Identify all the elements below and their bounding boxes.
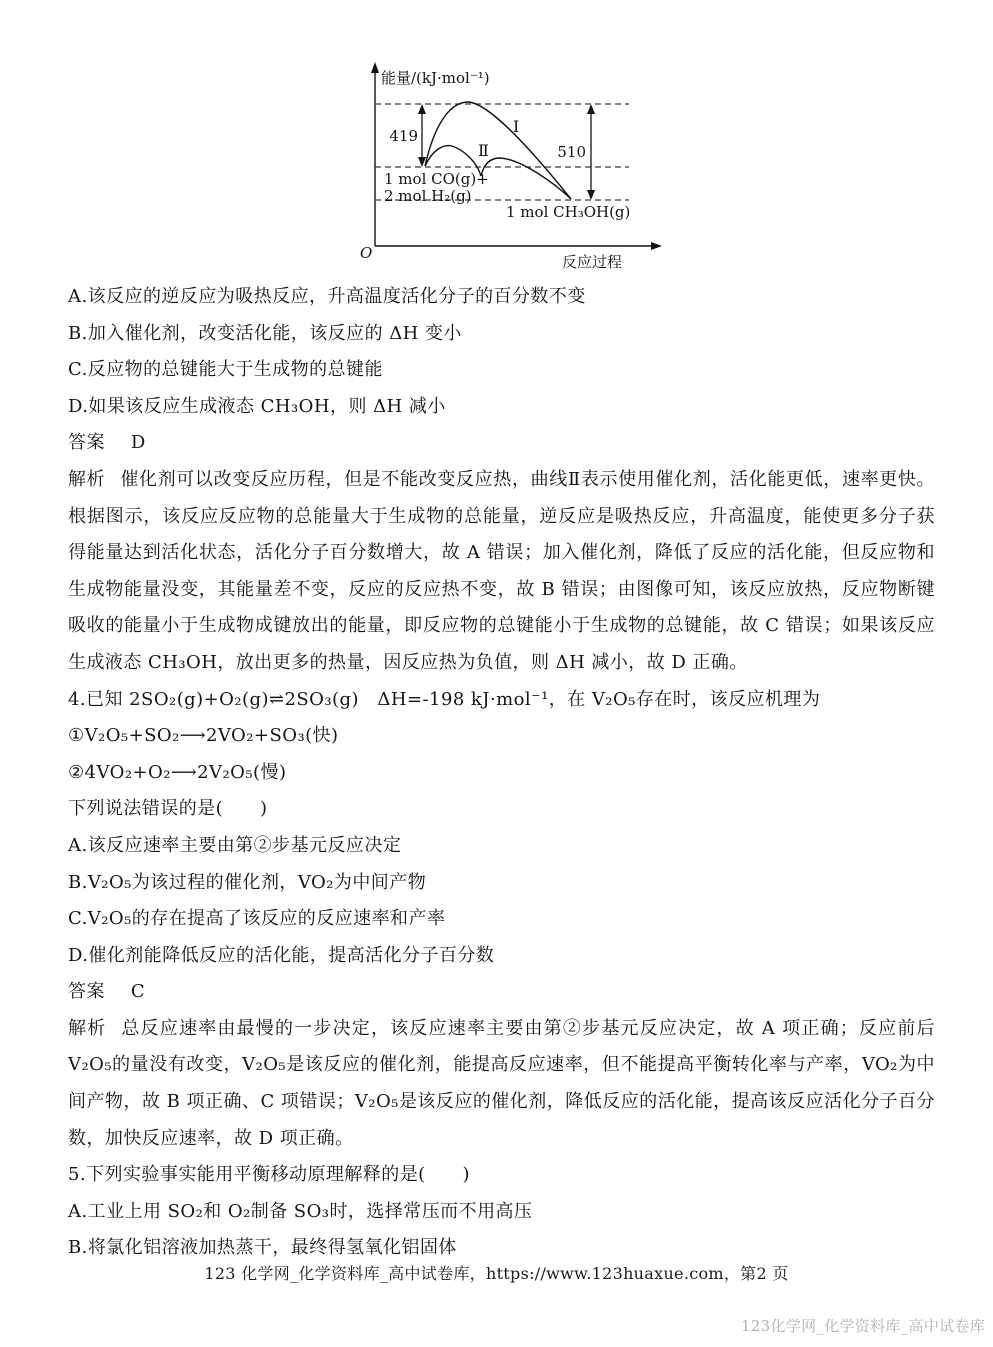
q4-answer-value: C	[131, 981, 145, 1002]
q4-option-c: C.V₂O₅的存在提高了该反应的反应速率和产率	[68, 901, 935, 938]
q3-option-b: B.加入催化剂，改变活化能，该反应的 ΔH 变小	[68, 316, 935, 353]
q3-option-a: A.该反应的逆反应为吸热反应，升高温度活化分子的百分数不变	[68, 279, 935, 316]
q3-analysis-label: 解析	[68, 469, 105, 490]
q4-stem: 4.已知 2SO₂(g)+O₂(g)⇌2SO₃(g) ΔH=-198 kJ·mo…	[68, 682, 935, 719]
q4-analysis-text-1: 总反应速率由最慢的一步决定，该反应速率主要由第②步基元反应决定，故 A 项正确；…	[121, 1018, 935, 1039]
q5-stem: 5.下列实验事实能用平衡移动原理解释的是( )	[68, 1157, 935, 1194]
q4-mechanism-step-2: ②4VO₂+O₂⟶2V₂O₅(慢)	[68, 755, 935, 792]
arrow-510-up-icon	[587, 104, 595, 114]
q4-question: 下列说法错误的是( )	[68, 791, 935, 828]
label-product: 1 mol CH₃OH(g)	[506, 203, 630, 221]
q3-analysis-line-5: 吸收的能量小于生成物成键放出的能量，即反应物的总键能小于生成物的总键能，故 C …	[68, 608, 935, 645]
q4-answer-row: 答案C	[68, 974, 935, 1011]
label-curve-1: Ⅰ	[513, 117, 519, 136]
label-reactants-line2: 2 mol H₂(g)	[384, 187, 472, 205]
q4-option-d: D.催化剂能降低反应的活化能，提高活化分子百分数	[68, 938, 935, 975]
q3-option-c: C.反应物的总键能大于生成物的总键能	[68, 352, 935, 389]
q4-analysis-label: 解析	[68, 1018, 106, 1039]
q3-option-d: D.如果该反应生成液态 CH₃OH，则 ΔH 减小	[68, 389, 935, 426]
q4-answer-label: 答案	[68, 981, 105, 1002]
q4-analysis-line-3: 间产物，故 B 项正确、C 项错误；V₂O₅是该反应的催化剂，降低反应的活化能，…	[68, 1084, 935, 1121]
q4-analysis-line-4: 数，加快反应速率，故 D 项正确。	[68, 1121, 935, 1158]
energy-diagram-figure: 能量/(kJ·mol⁻¹) 419 510 Ⅰ Ⅱ 1 mol CO(g)+ 2…	[338, 56, 673, 282]
x-axis-arrow-icon	[651, 242, 662, 250]
figure-x-axis-label: 反应过程	[562, 253, 622, 271]
exam-page: 能量/(kJ·mol⁻¹) 419 510 Ⅰ Ⅱ 1 mol CO(g)+ 2…	[0, 0, 993, 1347]
q3-answer-value: D	[131, 432, 146, 453]
label-reactants-line1: 1 mol CO(g)+	[384, 170, 489, 188]
q5-option-a: A.工业上用 SO₂和 O₂制备 SO₃时，选择常压而不用高压	[68, 1194, 935, 1231]
q3-analysis-line-3: 得能量达到活化状态，活化分子百分数增大，故 A 错误；加入催化剂，降低了反应的活…	[68, 535, 935, 572]
figure-y-axis-label: 能量/(kJ·mol⁻¹)	[381, 69, 490, 87]
page-content: A.该反应的逆反应为吸热反应，升高温度活化分子的百分数不变 B.加入催化剂，改变…	[68, 279, 935, 1267]
energy-diagram: 能量/(kJ·mol⁻¹) 419 510 Ⅰ Ⅱ 1 mol CO(g)+ 2…	[338, 56, 673, 278]
page-footer: 123 化学网_化学资料库_高中试卷库，https://www.123huaxu…	[0, 1261, 993, 1284]
site-watermark: 123化学网_化学资料库_高中试卷库	[741, 1315, 985, 1336]
label-curve-2: Ⅱ	[478, 141, 489, 160]
label-419: 419	[389, 127, 418, 145]
q3-analysis-line-6: 生成液态 CH₃OH，放出更多的热量，因反应热为负值，则 ΔH 减小，故 D 正…	[68, 645, 935, 682]
q4-analysis-line-2: V₂O₅的量没有改变，V₂O₅是该反应的催化剂，能提高反应速率，但不能提高平衡转…	[68, 1047, 935, 1084]
q3-answer-label: 答案	[68, 432, 105, 453]
label-origin: O	[360, 244, 372, 262]
arrow-419-up-icon	[418, 104, 426, 114]
q3-answer-row: 答案D	[68, 425, 935, 462]
q4-option-a: A.该反应速率主要由第②步基元反应决定	[68, 828, 935, 865]
q4-option-b: B.V₂O₅为该过程的催化剂，VO₂为中间产物	[68, 865, 935, 902]
q3-analysis-line-1: 解析催化剂可以改变反应历程，但是不能改变反应热，曲线Ⅱ表示使用催化剂，活化能更低…	[68, 462, 935, 499]
q3-analysis-line-4: 生成物能量没变，其能量差不变，反应的反应热不变，故 B 错误；由图像可知，该反应…	[68, 572, 935, 609]
arrow-510-down-icon	[587, 190, 595, 200]
label-510: 510	[557, 143, 586, 161]
q3-analysis-text-1: 催化剂可以改变反应历程，但是不能改变反应热，曲线Ⅱ表示使用催化剂，活化能更低，速…	[120, 469, 935, 490]
q4-analysis-line-1: 解析总反应速率由最慢的一步决定，该反应速率主要由第②步基元反应决定，故 A 项正…	[68, 1011, 935, 1048]
y-axis-arrow-icon	[371, 62, 379, 73]
q3-analysis-line-2: 根据图示，该反应反应物的总能量大于生成物的总能量，逆反应是吸热反应，升高温度，能…	[68, 499, 935, 536]
q4-mechanism-step-1: ①V₂O₅+SO₂⟶2VO₂+SO₃(快)	[68, 718, 935, 755]
